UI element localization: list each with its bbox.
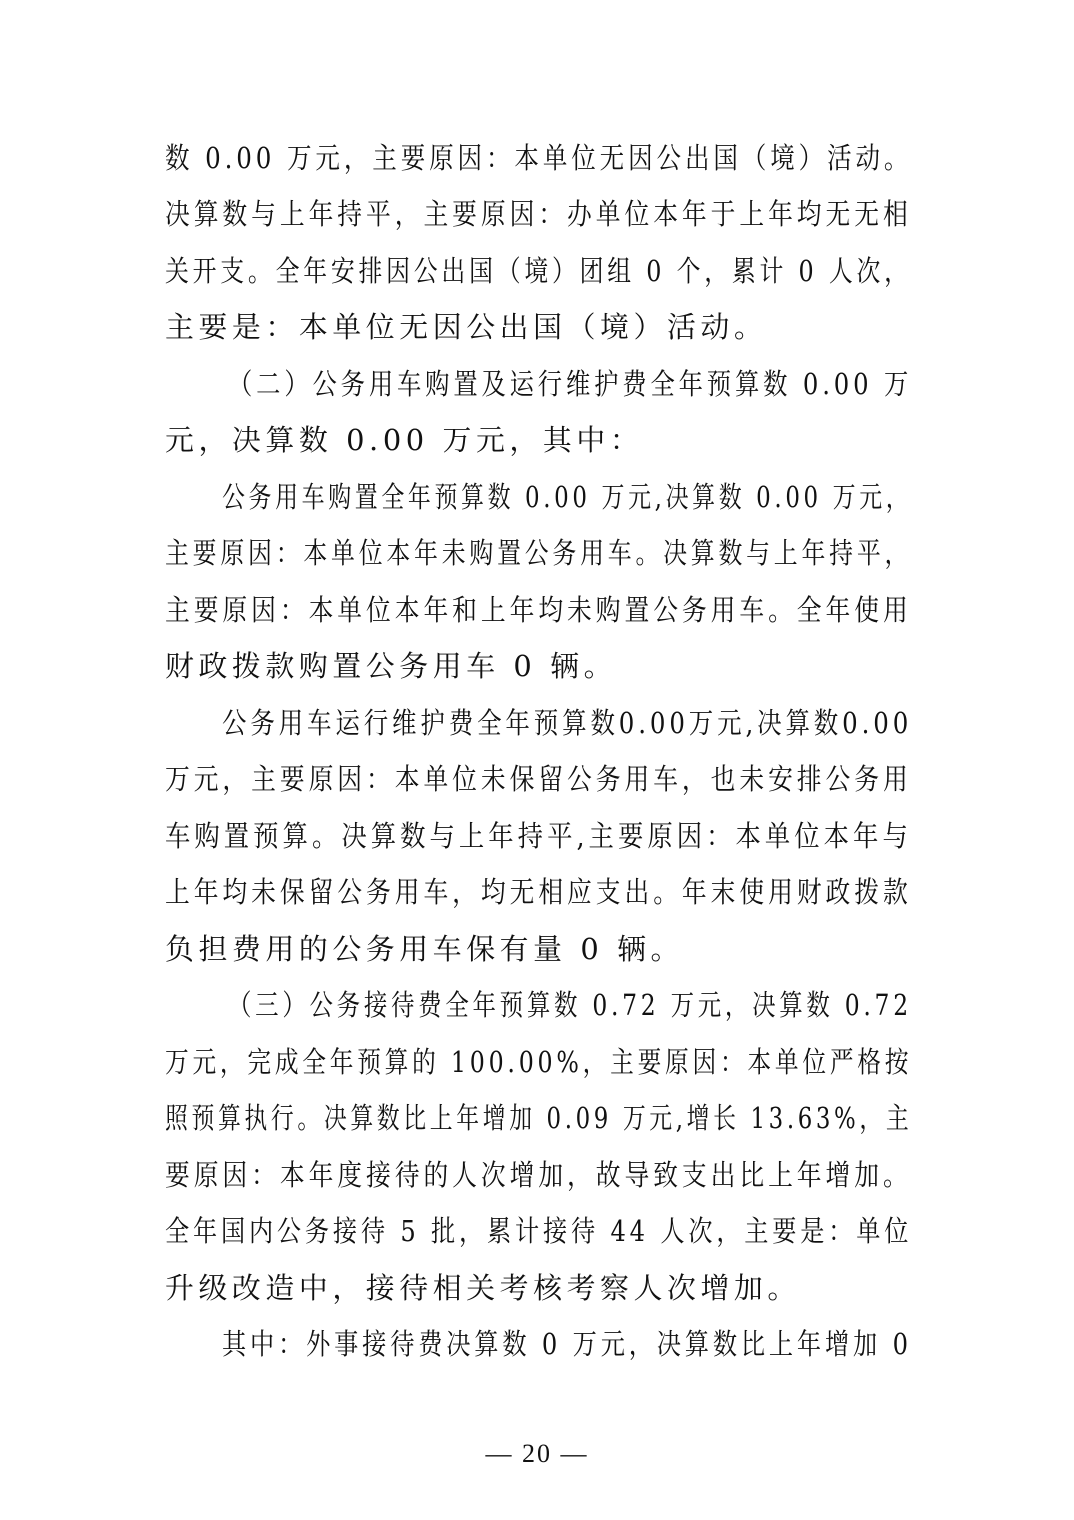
text-line: 主要原因：本单位本年和上年均未购置公务用车。全年使用 — [165, 590, 806, 630]
text-line: 主要原因：本单位本年未购置公务用车。决算数与上年持平， — [165, 533, 783, 573]
text-line: 要原因：本年度接待的人次增加，故导致支出比上年增加。 — [165, 1155, 806, 1195]
text-line: 万元，主要原因：本单位未保留公务用车，也未安排公务用 — [165, 759, 806, 799]
text-line: 全年国内公务接待 5 批，累计接待 44 人次，主要是：单位 — [165, 1211, 790, 1251]
text-line: 数 0.00 万元，主要原因：本单位无因公出国（境）活动。 — [165, 138, 799, 178]
text-line: 主要是：本单位无因公出国（境）活动。 — [165, 307, 912, 347]
section-heading-three: （三）公务接待费全年预算数 0.72 万元，决算数 0.72 — [228, 985, 834, 1025]
paragraph-start: 公务用车购置全年预算数 0.00 万元,决算数 0.00 万元， — [222, 477, 815, 517]
paragraph-start: 其中：外事接待费决算数 0 万元，决算数比上年增加 0 — [222, 1324, 848, 1364]
text-line: 万元，完成全年预算的 100.00%，主要原因：本单位严格按 — [165, 1042, 778, 1082]
page-number: — 20 — — [0, 1436, 1074, 1472]
text-line: 车购置预算。决算数与上年持平,主要原因：本单位本年与 — [165, 816, 821, 856]
text-line: 上年均未保留公务用车，均无相应支出。年末使用财政拨款 — [165, 872, 806, 912]
text-line: 升级改造中，接待相关考核考察人次增加。 — [165, 1268, 912, 1308]
text-line: 照预算执行。决算数比上年增加 0.09 万元,增长 13.63%，主 — [165, 1098, 756, 1138]
paragraph-start: 公务用车运行维护费全年预算数0.00万元,决算数0.00 — [222, 703, 855, 743]
text-line: 负担费用的公务用车保有量 0 辆。 — [165, 929, 912, 969]
text-line: 元，决算数 0.00 万元，其中： — [165, 420, 912, 460]
text-line: 决算数与上年持平，主要原因：办单位本年于上年均无无相 — [165, 194, 806, 234]
text-line: 关开支。全年安排因公出国（境）团组 0 个，累计 0 人次， — [165, 251, 782, 291]
text-line: 财政拨款购置公务用车 0 辆。 — [165, 646, 912, 686]
section-heading-two: （二）公务用车购置及运行维护费全年预算数 0.00 万 — [228, 364, 857, 404]
document-page: 数 0.00 万元，主要原因：本单位无因公出国（境）活动。 决算数与上年持平，主… — [0, 0, 1074, 1520]
